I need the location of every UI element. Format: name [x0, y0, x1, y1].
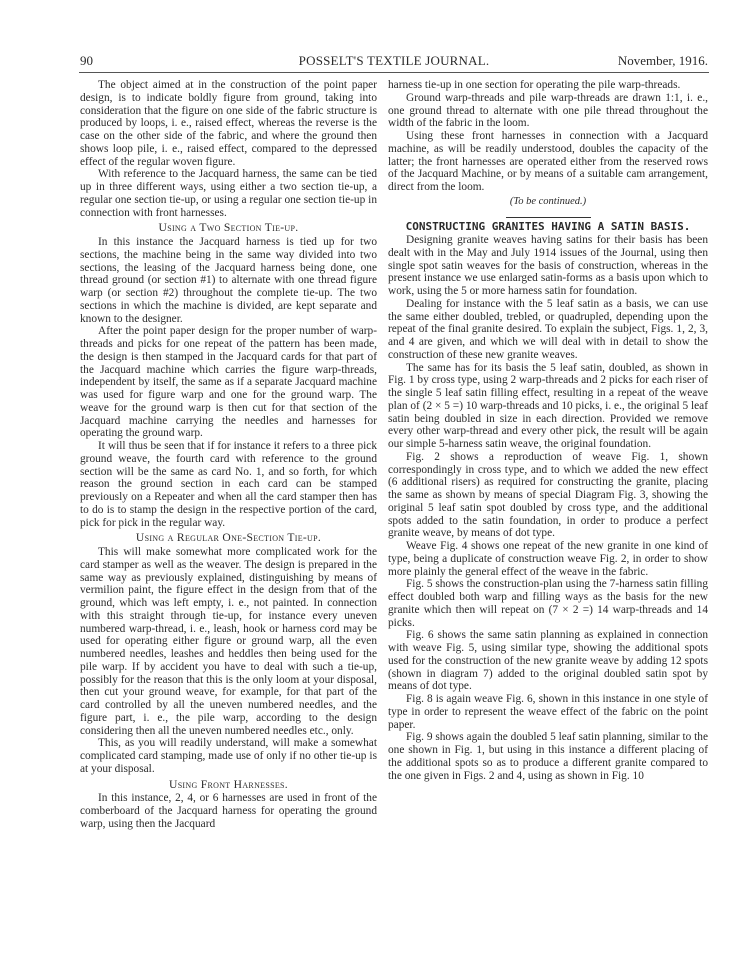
left-column: The object aimed at in the construction …	[80, 79, 377, 831]
article-title: CONSTRUCTING GRANITES HAVING A SATIN BAS…	[388, 221, 708, 234]
paragraph: In this instance, 2, 4, or 6 harnesses a…	[80, 792, 377, 830]
paragraph: It will thus be seen that if for instanc…	[80, 440, 377, 529]
paragraph: The same has for its basis the 5 leaf sa…	[388, 362, 708, 451]
paragraph: Fig. 9 shows again the doubled 5 leaf sa…	[388, 731, 708, 782]
paragraph: The object aimed at in the construction …	[80, 79, 377, 168]
section-heading-one-section: Using a Regular One-Section Tie-up.	[80, 532, 377, 545]
paragraph: Using these front harnesses in connectio…	[388, 130, 708, 194]
paragraph: Fig. 2 shows a reproduction of weave Fig…	[388, 451, 708, 540]
paragraph: Weave Fig. 4 shows one repeat of the new…	[388, 540, 708, 578]
article-divider	[506, 217, 591, 218]
journal-title: POSSELT'S TEXTILE JOURNAL.	[80, 53, 708, 69]
paragraph: In this instance the Jacquard harness is…	[80, 236, 377, 325]
paragraph: This, as you will readily understand, wi…	[80, 737, 377, 775]
paragraph: This will make somewhat more complicated…	[80, 546, 377, 737]
paragraph: Fig. 5 shows the construction-plan using…	[388, 578, 708, 629]
paragraph: After the point paper design for the pro…	[80, 325, 377, 440]
paragraph: Ground warp-threads and pile warp-thread…	[388, 92, 708, 130]
header-rule	[79, 72, 709, 73]
section-heading-two-section: Using a Two Section Tie-up.	[80, 222, 377, 235]
paragraph: Dealing for instance with the 5 leaf sat…	[388, 298, 708, 362]
continued-note: (To be continued.)	[388, 196, 708, 209]
paragraph: With reference to the Jacquard harness, …	[80, 168, 377, 219]
section-heading-front-harnesses: Using Front Harnesses.	[80, 779, 377, 792]
issue-date: November, 1916.	[618, 53, 708, 69]
paragraph: Designing granite weaves having satins f…	[388, 234, 708, 298]
paragraph: harness tie-up in one section for operat…	[388, 79, 708, 92]
paragraph: Fig. 6 shows the same satin planning as …	[388, 629, 708, 693]
right-column: harness tie-up in one section for operat…	[388, 79, 708, 782]
paragraph: Fig. 8 is again weave Fig. 6, shown in t…	[388, 693, 708, 731]
